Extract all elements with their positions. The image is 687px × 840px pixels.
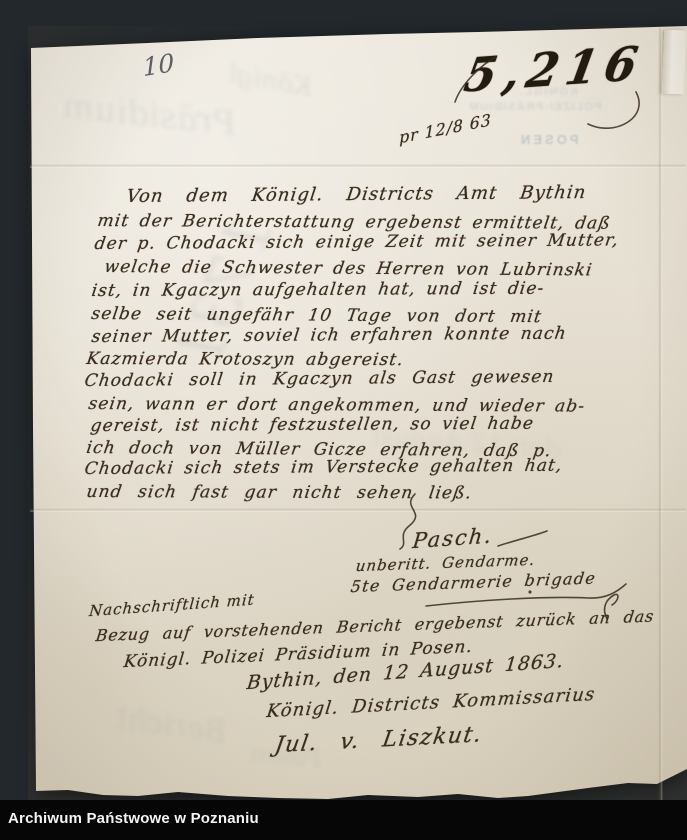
- caption-bar: Archiwum Państwowe w Poznaniu: [0, 800, 687, 840]
- archive-caption: Archiwum Państwowe w Poznaniu: [8, 810, 259, 827]
- body-line: Kazmierda Krotoszyn abgereist.: [85, 349, 405, 370]
- body-line: der p. Chodacki sich einige Zeit mit sei…: [93, 230, 620, 254]
- body-line: gereist, ist nicht festzustellen, so vie…: [89, 414, 535, 436]
- body-line: Von dem Königl. Districts Amt Bythin: [125, 182, 588, 207]
- pencil-page-number: 10: [142, 48, 175, 82]
- body-line: Chodacki soll in Kgaczyn als Gast gewese…: [83, 367, 555, 391]
- body-line: ist, in Kgaczyn aufgehalten hat, und ist…: [90, 279, 545, 301]
- body-line: und sich fast gar nicht sehen ließ.: [85, 482, 473, 503]
- body-line: seiner Mutter, soviel ich erfahren konnt…: [90, 324, 568, 347]
- underlying-page-corner: [662, 30, 686, 95]
- body-line: Chodacki sich stets im Verstecke gehalte…: [83, 456, 564, 479]
- body-line: welche die Schwester des Herren von Lubr…: [103, 257, 594, 280]
